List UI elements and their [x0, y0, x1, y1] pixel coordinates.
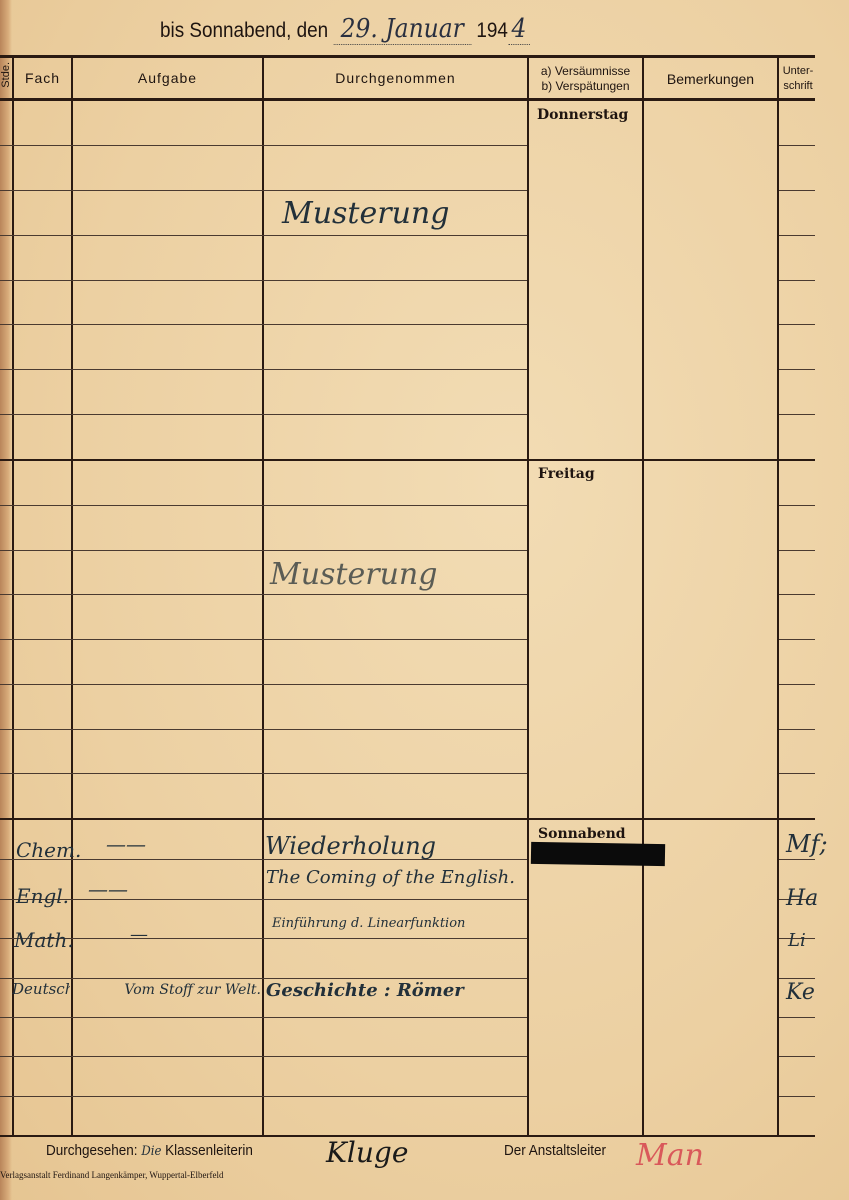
row-rule: [0, 639, 527, 640]
die-handwritten: Die: [141, 1144, 161, 1159]
row-rule: [0, 773, 527, 774]
row-aufgabe: —: [130, 924, 148, 945]
klassenleiter-signature: Kluge: [326, 1136, 408, 1169]
col-divider: [642, 56, 644, 1136]
row-aufgabe: ——: [106, 832, 146, 856]
row-rule: [0, 505, 527, 506]
row-rule: [0, 938, 527, 939]
col-header-fach: Fach: [14, 58, 71, 98]
row-rule: [779, 235, 815, 236]
row-rule: [0, 190, 527, 191]
col-header-aufgabe: Aufgabe: [73, 58, 262, 98]
klassenleiter-label: Klassenleiterin: [165, 1142, 253, 1159]
row-rule: [0, 594, 527, 595]
col-header-versaeumnisse: a) Versäumnisse b) Verspätungen: [529, 58, 642, 100]
row-rule: [779, 280, 815, 281]
row-durchgenommen: The Coming of the English.: [266, 868, 516, 888]
row-rule: [0, 324, 527, 325]
note-musterung-donnerstag: Musterung: [282, 196, 449, 231]
week-title: bis Sonnabend, den 29. Januar 1944: [160, 14, 530, 44]
row-rule: [779, 729, 815, 730]
col-header-bemerkungen: Bemerkungen: [644, 58, 777, 100]
day-label-freitag: Freitag: [538, 466, 595, 482]
row-fach: Deutsch: [12, 980, 70, 998]
row-rule: [0, 1056, 527, 1057]
header-verspaetungen: b) Verspätungen: [541, 79, 629, 94]
day-divider: [0, 818, 815, 820]
row-durchgenommen: Geschichte : Römer: [266, 980, 464, 1001]
col-divider: [12, 56, 14, 1136]
row-rule: [0, 1017, 527, 1018]
row-aufgabe: ——: [88, 877, 128, 901]
row-rule: [0, 978, 527, 979]
note-musterung-freitag: Musterung: [270, 557, 437, 592]
der-label: Der: [504, 1142, 526, 1159]
row-durchgenommen: Einführung d. Linearfunktion: [272, 916, 465, 931]
row-rule: [0, 280, 527, 281]
row-unterschrift: Ha: [786, 886, 818, 911]
row-rule: [779, 324, 815, 325]
col-divider: [527, 56, 529, 1136]
row-rule: [0, 729, 527, 730]
row-durchgenommen: Wiederholung: [265, 832, 436, 860]
row-rule: [779, 1096, 815, 1097]
header-schrift: schrift: [783, 79, 812, 94]
year-printed: 194: [476, 19, 508, 42]
row-rule: [0, 414, 527, 415]
redaction-bar: [531, 842, 665, 866]
row-rule: [779, 550, 815, 551]
row-fach: Chem.: [16, 838, 81, 862]
reviewed-label: Durchgesehen:: [46, 1142, 138, 1159]
row-fach: Engl.: [16, 884, 69, 908]
row-rule: [779, 369, 815, 370]
anstaltsleiter-signature: Man: [636, 1138, 704, 1173]
header-unter: Unter-: [783, 64, 814, 79]
col-divider: [777, 56, 779, 1136]
row-rule: [0, 684, 527, 685]
row-rule: [779, 978, 815, 979]
row-rule: [779, 145, 815, 146]
page-edge: [0, 0, 12, 1200]
col-divider: [262, 56, 264, 1136]
row-rule: [779, 414, 815, 415]
year-handwritten: 4: [508, 14, 530, 45]
row-fach: Math.: [14, 928, 74, 952]
title-prefix: bis Sonnabend, den: [160, 19, 328, 42]
row-rule: [779, 684, 815, 685]
row-unterschrift: Mf;: [786, 830, 828, 858]
row-rule: [779, 1056, 815, 1057]
hour-column-label: Stde.: [0, 62, 12, 88]
row-rule: [779, 1017, 815, 1018]
row-rule: [779, 505, 815, 506]
row-unterschrift: Li: [788, 930, 806, 951]
paper-background: [0, 0, 849, 1200]
row-rule: [0, 145, 527, 146]
col-divider: [71, 56, 73, 1136]
day-label-sonnabend: Sonnabend: [538, 826, 626, 842]
date-handwritten: 29. Januar: [333, 14, 471, 45]
row-unterschrift: Ke: [786, 980, 815, 1005]
row-rule: [779, 859, 815, 860]
row-rule: [0, 899, 527, 900]
col-header-durchgenommen: Durchgenommen: [264, 58, 527, 98]
row-rule: [779, 773, 815, 774]
day-divider: [0, 459, 815, 461]
anstaltsleiter-label: Anstaltsleiter: [529, 1142, 606, 1159]
row-rule: [779, 639, 815, 640]
footer-review: Durchgesehen: Die Klassenleiterin: [46, 1142, 253, 1159]
day-label-donnerstag: Donnerstag: [537, 107, 628, 123]
row-rule: [0, 550, 527, 551]
row-rule: [0, 1096, 527, 1097]
header-versaeumnisse: a) Versäumnisse: [541, 64, 630, 79]
row-rule: [779, 594, 815, 595]
row-aufgabe: Vom Stoff zur Welt.: [73, 980, 261, 1000]
footer-anstalt: Der Anstaltsleiter: [504, 1142, 606, 1159]
publisher-imprint: Verlagsanstalt Ferdinand Langenkämper, W…: [0, 1170, 224, 1180]
row-rule: [0, 235, 527, 236]
row-rule: [779, 190, 815, 191]
row-rule: [0, 369, 527, 370]
col-header-unterschrift: Unter- schrift: [779, 58, 817, 100]
